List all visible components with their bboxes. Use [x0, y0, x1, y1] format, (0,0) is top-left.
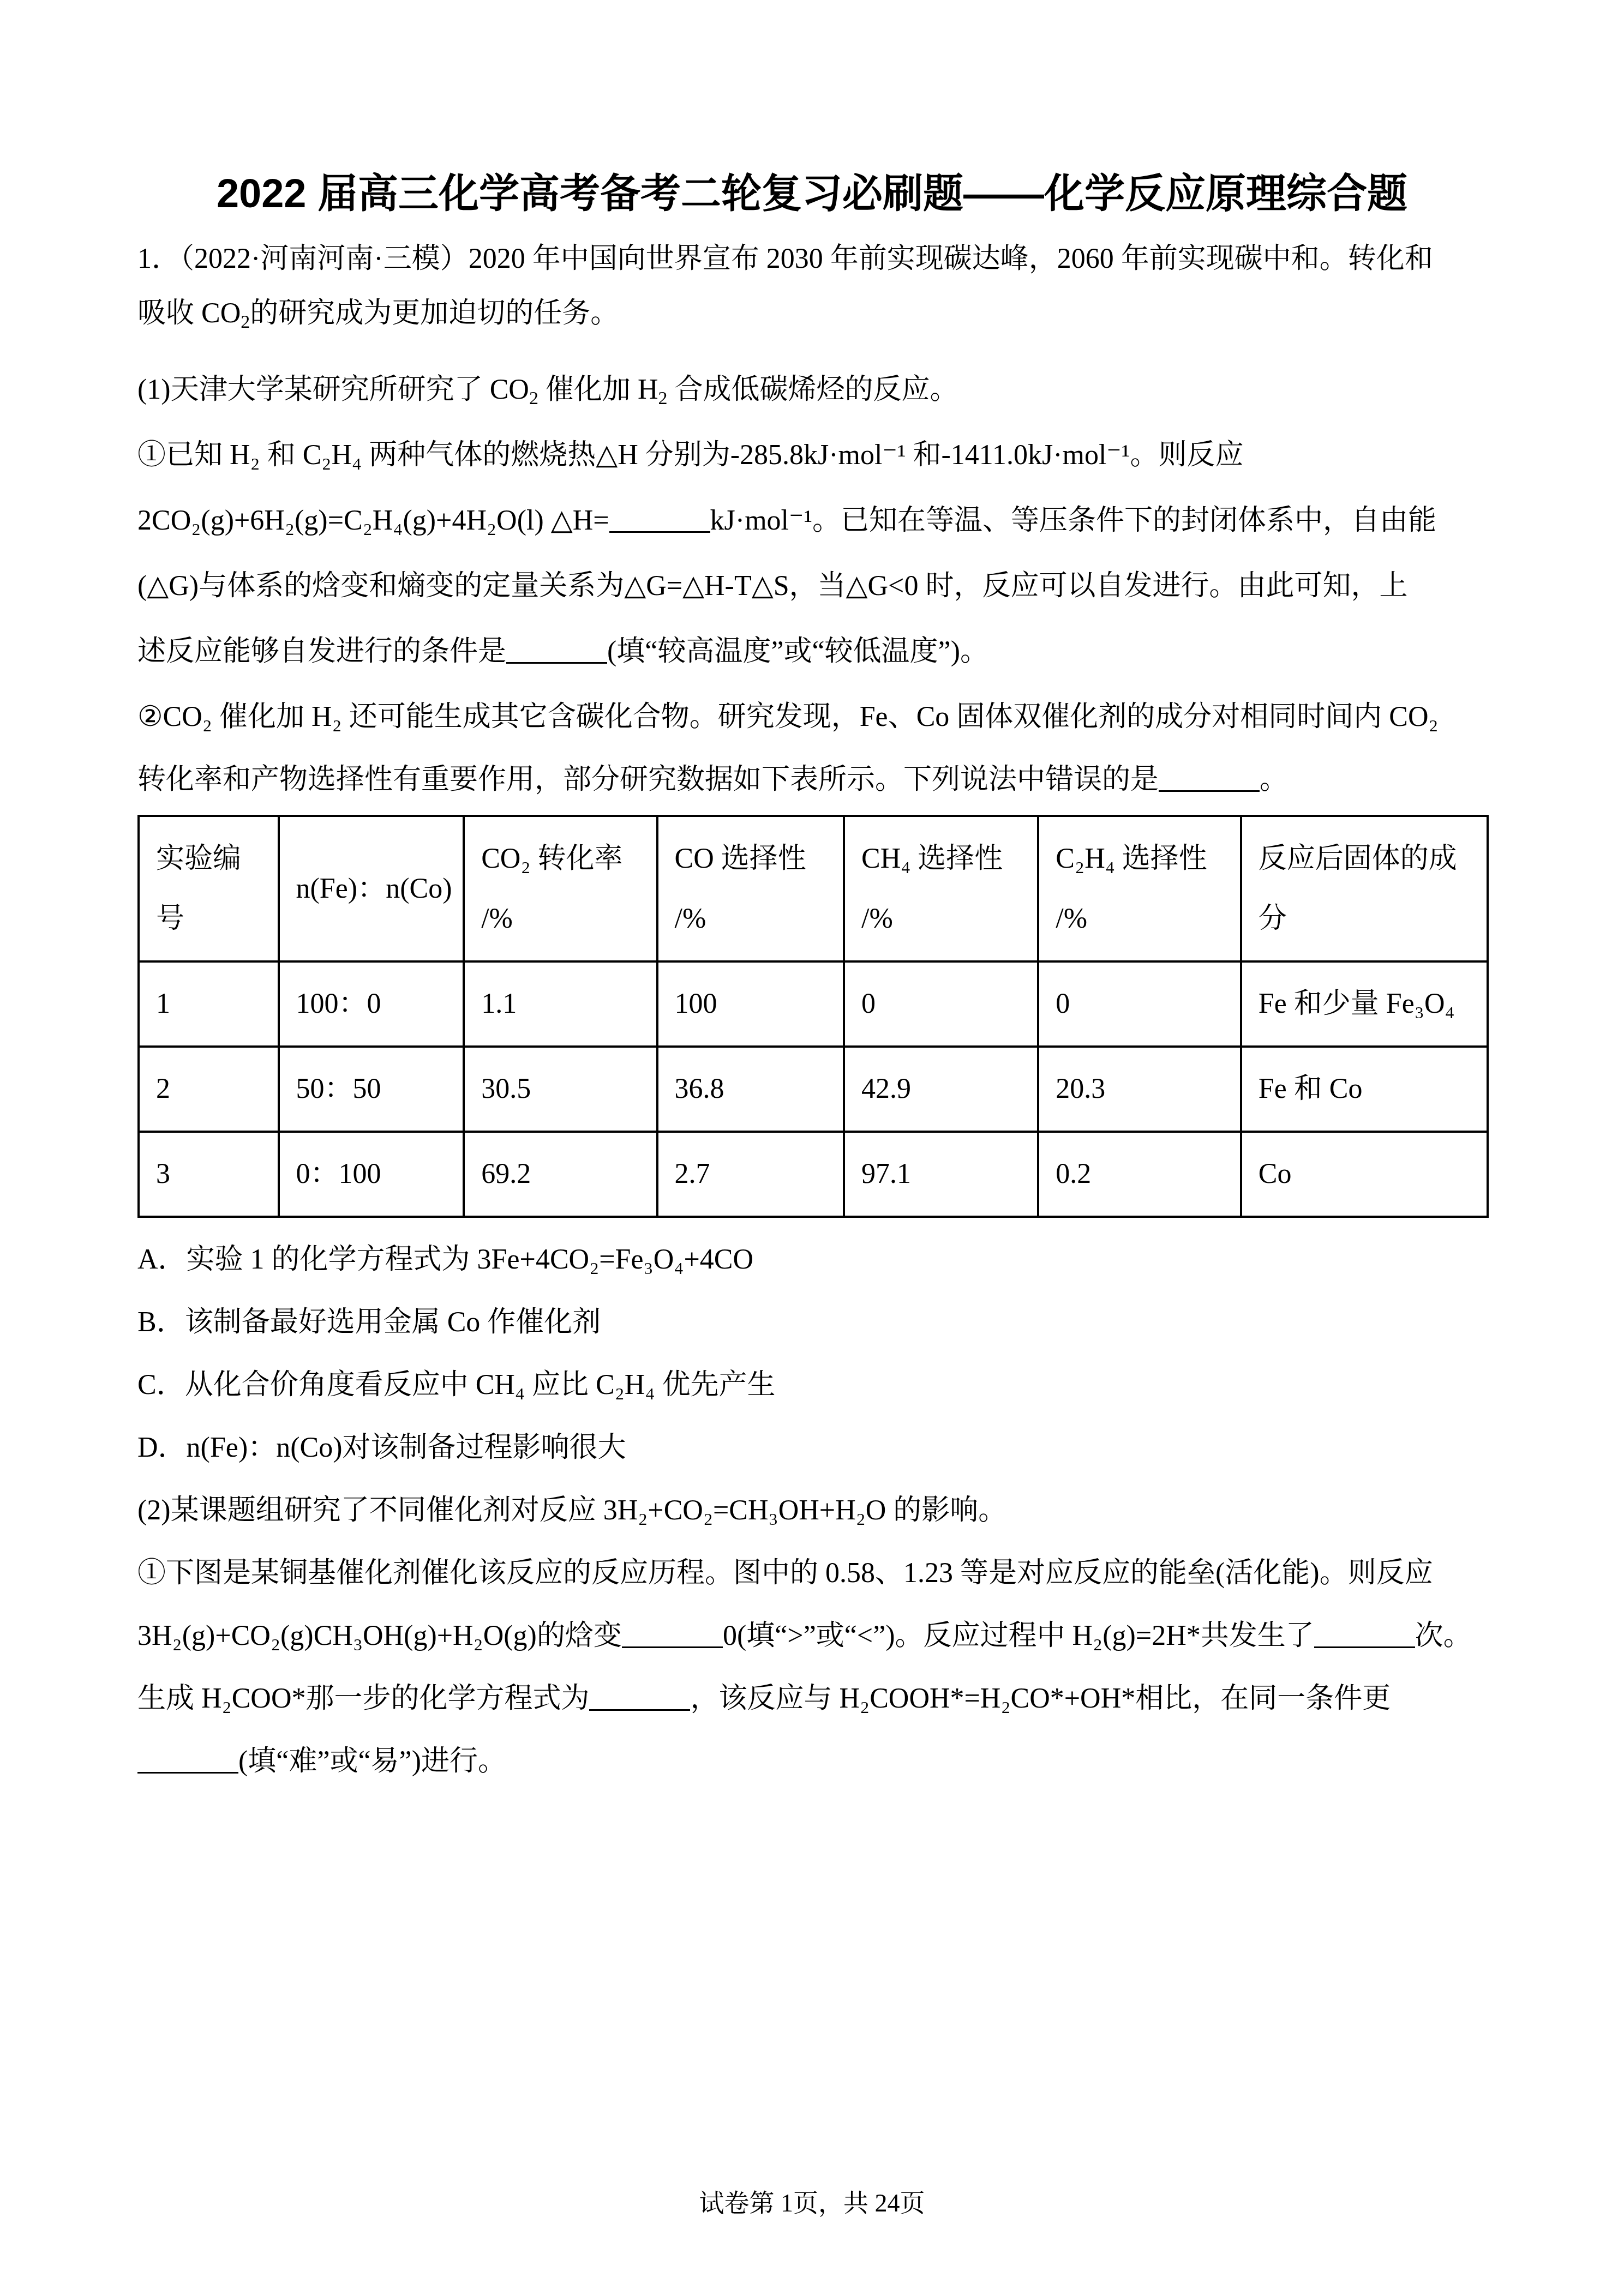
part1-sub1-line-1: ①已知 H₂ 和 C₂H₄ 两种气体的燃烧热△H 分别为-285.8kJ·mol…: [137, 436, 1490, 474]
question-source: （2022·河南河南·三模）: [180, 243, 469, 274]
part2-line-2: 3H₂(g)+CO₂(g)CH₃OH(g)+H₂O(g)的焓变0(填“>”或“<…: [137, 1617, 1490, 1655]
part2-line-1: ①下图是某铜基催化剂催化该反应的反应历程。图中的 0.58、1.23 等是对应反…: [137, 1554, 1490, 1592]
document-title: 2022 届高三化学高考备考二轮复习必刷题——化学反应原理综合题: [0, 164, 1624, 224]
part1-heading: (1)天津大学某研究所研究了 CO2 催化加 H2 合成低碳烯烃的反应。: [137, 371, 1490, 409]
header-solid-composition: 反应后固体的成分: [1241, 816, 1488, 961]
header-fe-co-ratio: n(Fe)：n(Co): [279, 816, 464, 961]
option-label: B．: [137, 1307, 185, 1338]
question-number: 1: [137, 243, 152, 274]
header-experiment-no: 实验编号: [139, 816, 279, 961]
option-b: B．该制备最好选用金属 Co 作催化剂: [137, 1303, 1490, 1342]
answer-blank-temperature[interactable]: [506, 634, 607, 664]
option-d: D．n(Fe)：n(Co)对该制备过程影响很大: [137, 1429, 1490, 1467]
part1-sub2-line-1: ②CO₂ 催化加 H₂ 还可能生成其它含碳化合物。研究发现，Fe、Co 固体双催…: [137, 698, 1490, 736]
answer-blank-difficulty[interactable]: [137, 1744, 238, 1774]
part2-line-4: (填“难”或“易”)进行。: [137, 1742, 1490, 1781]
reaction-equation: 2CO₂(g)+6H₂(g)=C₂H₄(g)+4H₂O(l) △H=: [137, 505, 609, 536]
table-row: 3 0：100 69.2 2.7 97.1 0.2 Co: [139, 1132, 1488, 1217]
table-row: 1 100：0 1.1 100 0 0 Fe 和少量 Fe₃O₄: [139, 961, 1488, 1047]
question-intro-line-2: 吸收 CO2的研究成为更加迫切的任务。: [137, 294, 1490, 333]
part2-line-3: 生成 H₂COO*那一步的化学方程式为，该反应与 H₂COOH*=H₂CO*+O…: [137, 1680, 1490, 1718]
header-co-selectivity: CO 选择性/%: [657, 816, 844, 961]
part1-sub1-line-3: (△G)与体系的焓变和熵变的定量关系为△G=△H-T△S，当△G<0 时，反应可…: [137, 567, 1490, 605]
table-row: 2 50：50 30.5 36.8 42.9 20.3 Fe 和 Co: [139, 1047, 1488, 1132]
answer-blank-h2-count[interactable]: [1314, 1618, 1415, 1648]
experiment-data-table: 实验编号 n(Fe)：n(Co) CO₂ 转化率/% CO 选择性/% CH₄ …: [137, 815, 1489, 1218]
part1-sub1-line-2: 2CO₂(g)+6H₂(g)=C₂H₄(g)+4H₂O(l) △H=kJ·mol…: [137, 502, 1490, 540]
option-label: A．: [137, 1244, 187, 1275]
question-intro-line-1: 1．（2022·河南河南·三模）2020 年中国向世界宣布 2030 年前实现碳…: [137, 240, 1490, 278]
answer-blank-enthalpy-sign[interactable]: [622, 1618, 723, 1648]
option-label: C．: [137, 1369, 185, 1401]
header-c2h4-selectivity: C₂H₄ 选择性/%: [1038, 816, 1241, 961]
part1-sub1-line-4: 述反应能够自发进行的条件是(填“较高温度”或“较低温度”)。: [137, 633, 1490, 671]
page-footer: 试卷第 1页，共 24页: [0, 2187, 1624, 2220]
part1-sub2-line-2: 转化率和产物选择性有重要作用，部分研究数据如下表所示。下列说法中错误的是。: [137, 761, 1490, 799]
option-label: D．: [137, 1432, 187, 1463]
option-c: C．从化合价角度看反应中 CH₄ 应比 C₂H₄ 优先产生: [137, 1366, 1490, 1404]
answer-blank-wrong-option[interactable]: [1159, 762, 1260, 792]
header-ch4-selectivity: CH₄ 选择性/%: [844, 816, 1038, 961]
option-a: A．实验 1 的化学方程式为 3Fe+4CO₂=Fe₃O₄+4CO: [137, 1241, 1490, 1279]
question-intro-text: 2020 年中国向世界宣布 2030 年前实现碳达峰，2060 年前实现碳中和。…: [469, 243, 1433, 274]
answer-blank-delta-h[interactable]: [609, 503, 710, 533]
header-co2-conversion: CO₂ 转化率/%: [464, 816, 657, 961]
answer-blank-h2coo-equation[interactable]: [589, 1681, 690, 1711]
part2-heading: (2)某课题组研究了不同催化剂对反应 3H₂+CO₂=CH₃OH+H₂O 的影响…: [137, 1492, 1490, 1530]
table-header-row: 实验编号 n(Fe)：n(Co) CO₂ 转化率/% CO 选择性/% CH₄ …: [139, 816, 1488, 961]
